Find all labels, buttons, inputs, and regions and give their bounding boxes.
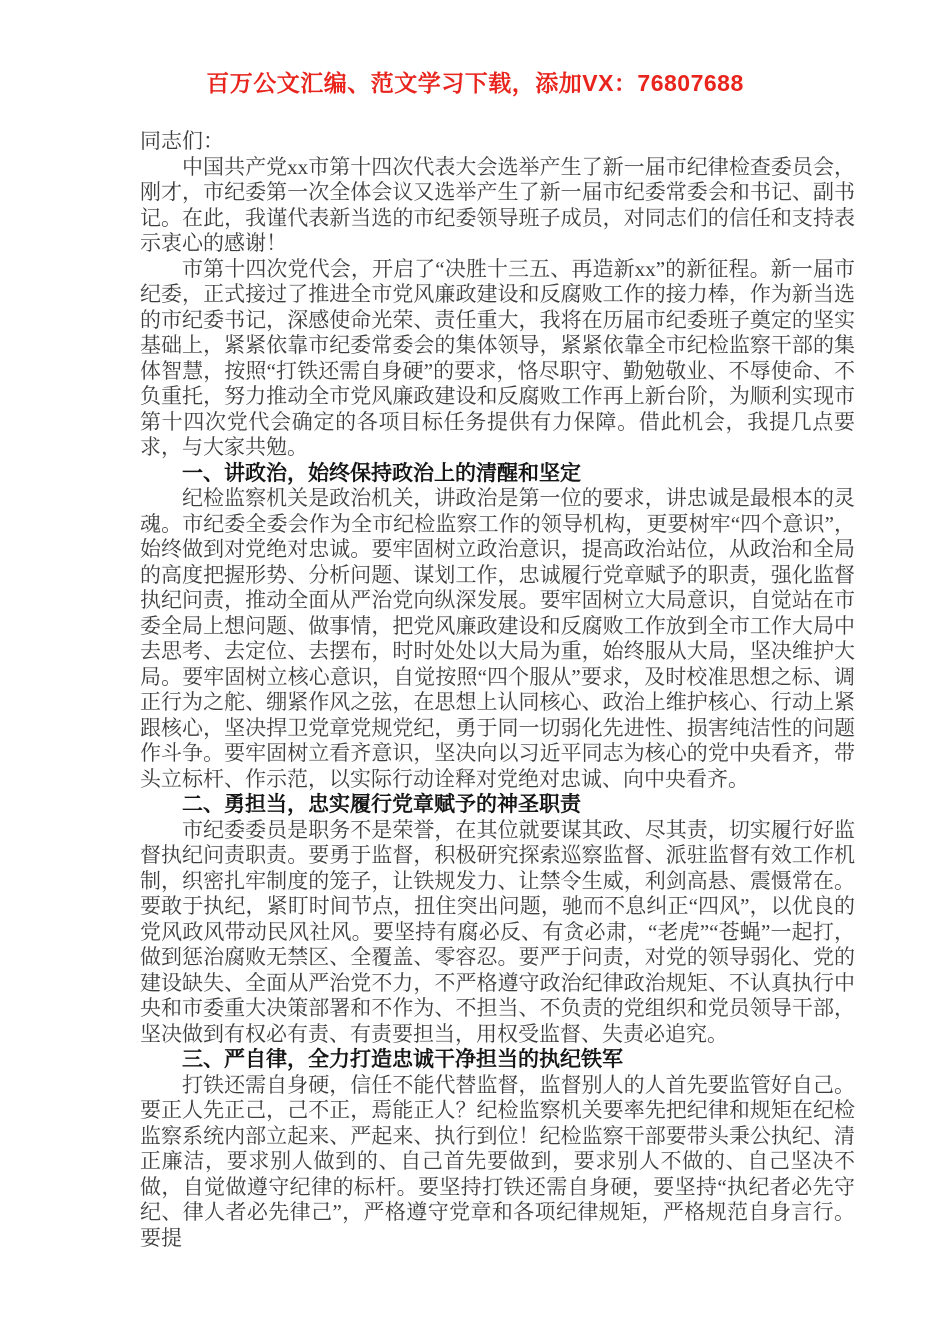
promo-header-text: 百万公文汇编、范文学习下载，添加VX：76807688 — [0, 68, 950, 98]
section-heading-2: 二、勇担当，忠实履行党章赋予的神圣职责 — [140, 792, 855, 818]
document-page: 百万公文汇编、范文学习下载，添加VX：76807688 同志们： 中国共产党xx… — [0, 0, 950, 1344]
paragraph-section-2: 市纪委委员是职务不是荣誉，在其位就要谋其政、尽其责，切实履行好监督执纪问责职责。… — [140, 818, 855, 1048]
paragraph-overview: 市第十四次党代会，开启了“决胜十三五、再造新xx”的新征程。新一届市纪委，正式接… — [140, 257, 855, 461]
paragraph-section-1: 纪检监察机关是政治机关，讲政治是第一位的要求，讲忠诚是最根本的灵魂。市纪委全委会… — [140, 486, 855, 792]
paragraph-intro: 中国共产党xx市第十四次代表大会选举产生了新一届市纪律检查委员会，刚才，市纪委第… — [140, 155, 855, 257]
section-heading-3: 三、严自律，全力打造忠诚干净担当的执纪铁军 — [140, 1047, 855, 1073]
section-heading-1: 一、讲政治，始终保持政治上的清醒和坚定 — [140, 461, 855, 487]
document-body: 同志们： 中国共产党xx市第十四次代表大会选举产生了新一届市纪律检查委员会，刚才… — [140, 129, 855, 1251]
paragraph-section-3: 打铁还需自身硬，信任不能代替监督，监督别人的人首先要监管好自己。要正人先正己，己… — [140, 1073, 855, 1252]
salutation: 同志们： — [140, 129, 855, 155]
